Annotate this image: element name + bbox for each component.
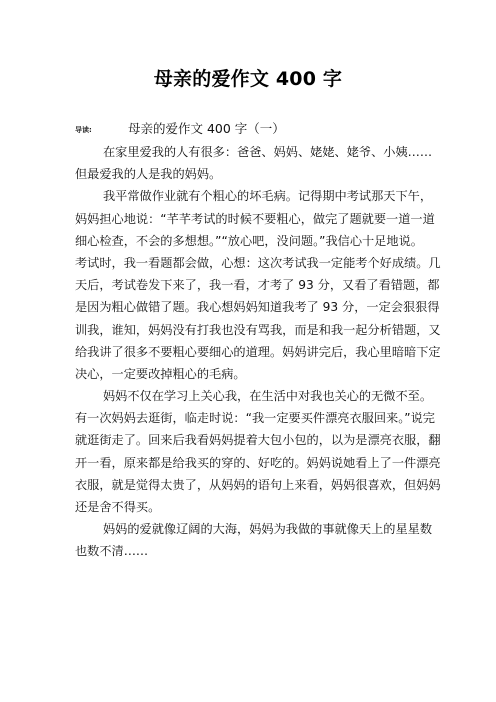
text-line: 给我讲了很多不要粗心要细心的道理。妈妈讲完后，我心里暗暗下定 bbox=[75, 341, 413, 363]
text-line: 训我，谁知，妈妈没有打我也没有骂我，而是和我一起分析错题，又 bbox=[75, 319, 413, 341]
paragraph-4: 妈妈的爱就像辽阔的大海，妈妈为我做的事就像天上的星星数 也数不清…… bbox=[75, 518, 413, 562]
document-title: 母亲的爱作文 400 字 bbox=[0, 66, 496, 92]
text-line: 就逛街走了。回来后我看妈妈提着大包小包的，以为是漂亮衣服，翻 bbox=[75, 429, 413, 451]
document-page: 母亲的爱作文 400 字 导读: 母亲的爱作文 400 字（一） 在家里爱我的人… bbox=[0, 0, 496, 702]
text-line: 妈妈不仅在学习上关心我，在生活中对我也关心的无微不至。 bbox=[75, 385, 413, 407]
text-line: 也数不清…… bbox=[75, 540, 413, 562]
lead-row: 导读: 母亲的爱作文 400 字（一） bbox=[75, 120, 475, 140]
text-line: 妈妈的爱就像辽阔的大海，妈妈为我做的事就像天上的星星数 bbox=[75, 518, 413, 540]
text-line: 妈妈担心地说：“芊芊考试的时候不要粗心，做完了题就要一道一道 bbox=[75, 208, 413, 230]
text-line: 在家里爱我的人有很多：爸爸、妈妈、姥姥、姥爷、小姨…… bbox=[75, 141, 413, 163]
text-line: 天后，考试卷发下来了，我一看，才考了 93 分，又看了看错题，都 bbox=[75, 274, 413, 296]
text-line: 细心检查，不会的多想想。”“放心吧，没问题。”我信心十足地说。 bbox=[75, 230, 413, 252]
text-line: 但最爱我的人是我的妈妈。 bbox=[75, 163, 413, 185]
paragraph-3: 妈妈不仅在学习上关心我，在生活中对我也关心的无微不至。 有一次妈妈去逛街，临走时… bbox=[75, 385, 413, 518]
paragraph-2: 我平常做作业就有个粗心的坏毛病。记得期中考试那天下午， 妈妈担心地说：“芊芊考试… bbox=[75, 185, 413, 385]
text-line: 衣服，就是觉得太贵了，从妈妈的语句上来看，妈妈很喜欢，但妈妈 bbox=[75, 474, 413, 496]
paragraph-1: 在家里爱我的人有很多：爸爸、妈妈、姥姥、姥爷、小姨…… 但最爱我的人是我的妈妈。 bbox=[75, 141, 413, 185]
text-line: 是因为粗心做错了题。我心想妈妈知道我考了 93 分，一定会狠狠得 bbox=[75, 296, 413, 318]
essay-body: 在家里爱我的人有很多：爸爸、妈妈、姥姥、姥爷、小姨…… 但最爱我的人是我的妈妈。… bbox=[75, 141, 413, 563]
text-line: 有一次妈妈去逛街，临走时说：“我一定要买件漂亮衣服回来。”说完 bbox=[75, 407, 413, 429]
text-line: 考试时，我一看题都会做，心想：这次考试我一定能考个好成绩。几 bbox=[75, 252, 413, 274]
text-line: 开一看，原来都是给我买的穿的、好吃的。妈妈说她看上了一件漂亮 bbox=[75, 452, 413, 474]
lead-subtitle: 母亲的爱作文 400 字（一） bbox=[128, 120, 285, 138]
text-line: 决心，一定要改掉粗心的毛病。 bbox=[75, 363, 413, 385]
text-line: 我平常做作业就有个粗心的坏毛病。记得期中考试那天下午， bbox=[75, 185, 413, 207]
text-line: 还是舍不得买。 bbox=[75, 496, 413, 518]
lead-label: 导读: bbox=[75, 125, 92, 135]
